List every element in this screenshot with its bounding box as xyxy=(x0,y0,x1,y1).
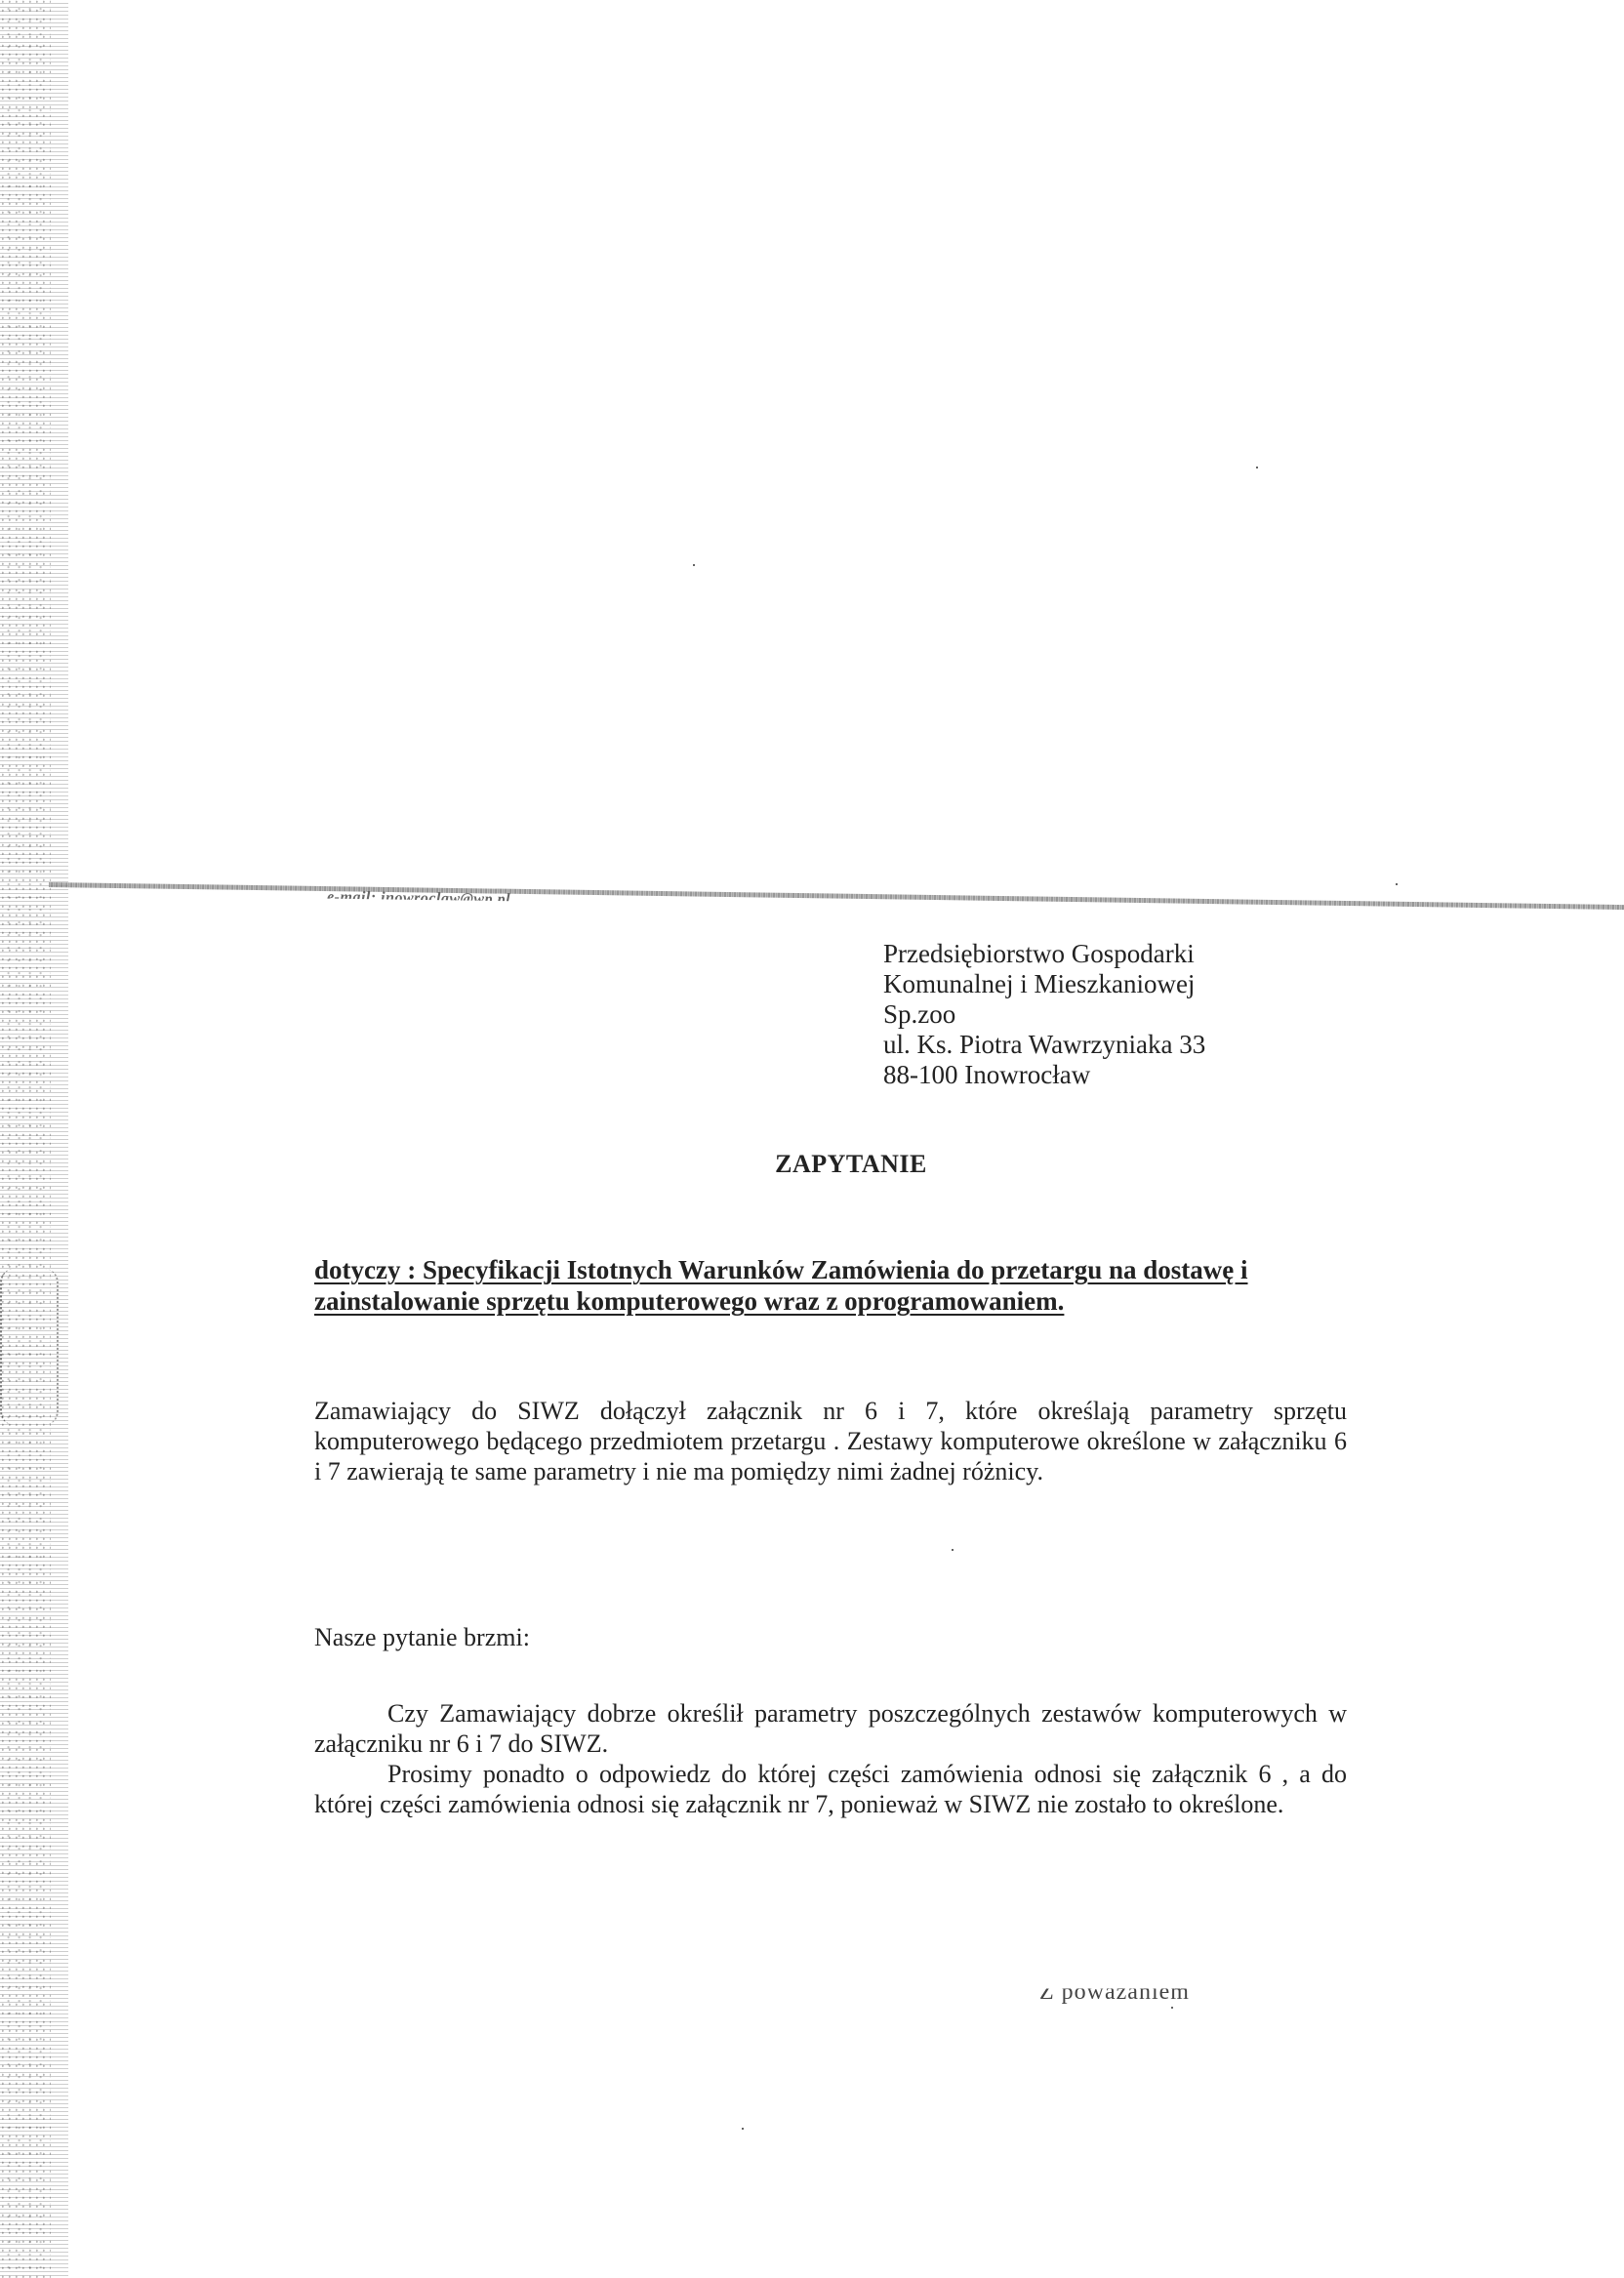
recipient-line-legal-form: Sp.zoo xyxy=(883,999,1205,1030)
document-subject: dotyczy : Specyfikacji Istotnych Warunkó… xyxy=(314,1254,1349,1317)
scan-dust xyxy=(1396,883,1398,885)
recipient-address: Przedsiębiorstwo Gospodarki Komunalnej i… xyxy=(883,939,1205,1090)
scan-edge-speckle xyxy=(2,0,51,2278)
recipient-line-company: Przedsiębiorstwo Gospodarki xyxy=(883,939,1205,969)
scan-dust xyxy=(1256,467,1258,468)
scan-dust xyxy=(1171,2007,1173,2009)
intro-paragraph: Zamawiający do SIWZ dołączył załącznik n… xyxy=(314,1396,1347,1486)
fold-header-fragment: e-mail: inowroclaw@wp.pl xyxy=(327,889,510,910)
recipient-line-company-2: Komunalnej i Mieszkaniowej xyxy=(883,969,1205,999)
signoff: Z poważaniem xyxy=(1039,1979,1190,2006)
document-title: ZAPYTANIE xyxy=(0,1150,1624,1179)
scan-dust xyxy=(742,2128,744,2130)
recipient-line-city: 88-100 Inowrocław xyxy=(883,1060,1205,1090)
fold-crease-line xyxy=(49,882,1624,910)
question-intro: Nasze pytanie brzmi: xyxy=(314,1622,1347,1652)
scan-edge-artifact xyxy=(0,1269,59,1425)
question-paragraph-2: Prosimy ponadto o odpowiedz do której cz… xyxy=(314,1759,1347,1819)
scan-dust xyxy=(693,564,695,566)
scan-dust xyxy=(952,1549,954,1551)
question-paragraph-1: Czy Zamawiający dobrze określił parametr… xyxy=(314,1698,1347,1759)
recipient-line-street: ul. Ks. Piotra Wawrzyniaka 33 xyxy=(883,1030,1205,1060)
